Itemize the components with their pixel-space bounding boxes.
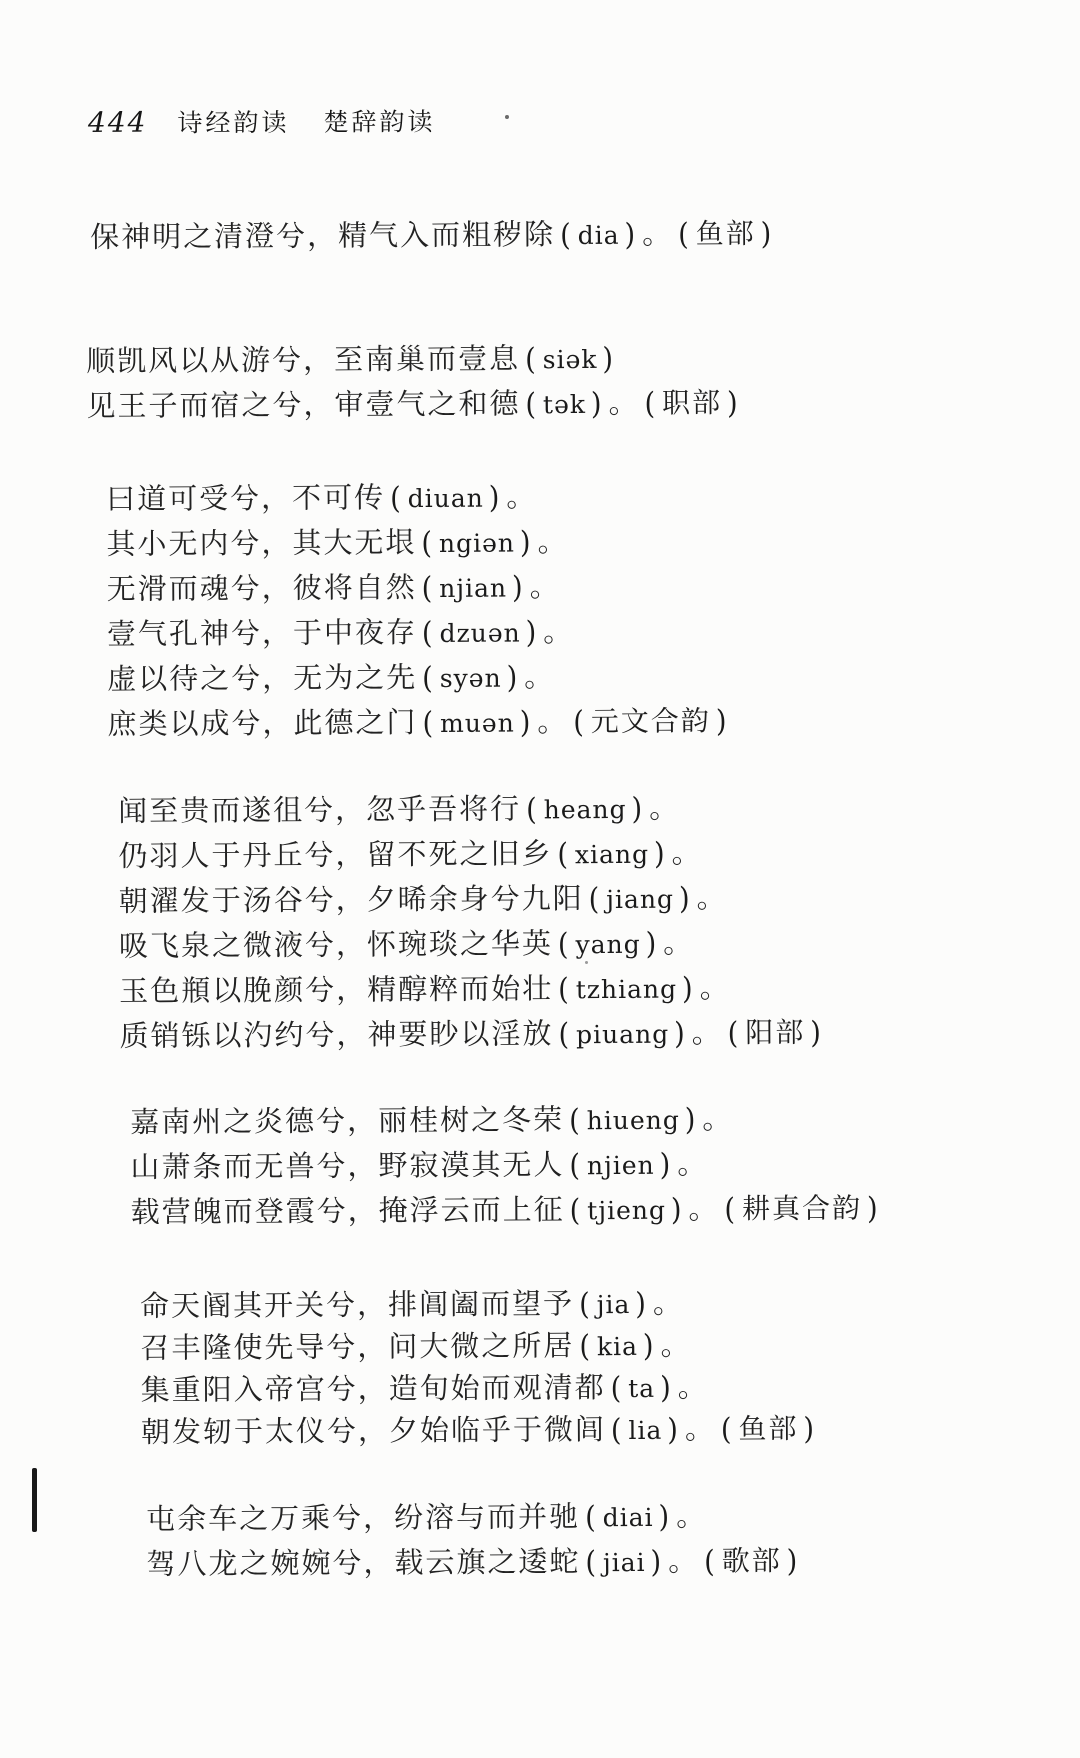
open-paren: ( bbox=[552, 830, 575, 881]
phonetic-notation: heang bbox=[544, 795, 627, 825]
verse-line: 见王子而宿之兮，审壹气之和德(tək)。(职部) bbox=[86, 381, 744, 430]
close-paren: ) bbox=[669, 1009, 692, 1060]
verse-line: 壹气孔神兮，于中夜存(dzuən)。 bbox=[107, 609, 733, 658]
verse-stanza: 保神明之清澄兮，精气入而粗秽除(dia)。(鱼部) bbox=[90, 212, 778, 261]
verse-line: 无滑而魂兮，彼将自然(njian)。 bbox=[107, 564, 733, 613]
open-paren: ( bbox=[584, 874, 607, 925]
period-mark: 。 bbox=[700, 972, 731, 1004]
close-paren: ) bbox=[805, 1008, 828, 1059]
scan-speck bbox=[505, 115, 509, 119]
phonetic-notation: diai bbox=[603, 1503, 654, 1532]
open-paren: ( bbox=[723, 1008, 746, 1059]
period-mark: 。 bbox=[677, 1148, 708, 1180]
period-mark: 。 bbox=[649, 793, 680, 825]
open-paren: ( bbox=[580, 1538, 603, 1589]
close-paren: ) bbox=[711, 696, 734, 747]
line-text: 庶类以成兮，此德之门 bbox=[107, 707, 417, 741]
verse-line: 保神明之清澄兮，精气入而粗秽除(dia)。(鱼部) bbox=[90, 212, 778, 261]
phonetic-notation: dzuən bbox=[439, 618, 520, 647]
open-paren: ( bbox=[417, 698, 440, 749]
verse-stanza: 屯余车之万乘兮，纷溶与而并驰(diai)。驾八龙之婉婉兮，载云旗之逶蛇(jiai… bbox=[146, 1494, 804, 1588]
verse-line: 山萧条而无兽兮，野寂漠其无人(njien)。 bbox=[130, 1141, 884, 1191]
line-text: 见王子而宿之兮，审壹气之和德 bbox=[86, 388, 520, 423]
open-paren: ( bbox=[568, 697, 591, 748]
rhyme-group-label: 鱼部 bbox=[738, 1414, 798, 1445]
verse-line: 集重阳入帝宫兮，造旬始而观清都(ta)。 bbox=[141, 1366, 821, 1412]
open-paren: ( bbox=[521, 785, 544, 836]
close-paren: ) bbox=[680, 1095, 703, 1146]
verse-line: 闻至贵而遂徂兮，忽乎吾将行(heang)。 bbox=[118, 786, 827, 835]
open-paren: ( bbox=[416, 518, 439, 569]
line-text: 保神明之清澄兮，精气入而粗秽除 bbox=[90, 219, 555, 254]
close-paren: ) bbox=[782, 1536, 805, 1587]
rhyme-group-label: 歌部 bbox=[722, 1546, 782, 1577]
open-paren: ( bbox=[606, 1366, 629, 1413]
line-text: 驾八龙之婉婉兮，载云旗之逶蛇 bbox=[146, 1546, 580, 1581]
open-paren: ( bbox=[716, 1407, 739, 1454]
phonetic-notation: dia bbox=[578, 221, 620, 250]
period-mark: 。 bbox=[692, 1017, 723, 1049]
line-text: 曰道可受兮，不可传 bbox=[106, 482, 385, 516]
close-paren: ) bbox=[756, 209, 779, 260]
line-text: 屯余车之万乘兮，纷溶与而并驰 bbox=[146, 1501, 580, 1536]
line-text: 质销铄以汋约兮，神要眇以淫放 bbox=[119, 1018, 553, 1053]
period-mark: 。 bbox=[678, 1372, 709, 1404]
close-paren: ) bbox=[666, 1185, 689, 1236]
phonetic-notation: tjieng bbox=[587, 1196, 666, 1225]
rhyme-group-label: 职部 bbox=[662, 388, 722, 419]
verse-line: 曰道可受兮，不可传(diuan)。 bbox=[106, 474, 732, 523]
close-paren: ) bbox=[515, 518, 538, 569]
period-mark: 。 bbox=[543, 616, 574, 648]
verse-area: 保神明之清澄兮，精气入而粗秽除(dia)。(鱼部)顺凯风以从游兮，至南巢而壹息(… bbox=[0, 0, 1080, 1758]
close-paren: ) bbox=[641, 919, 664, 970]
close-paren: ) bbox=[484, 473, 507, 524]
phonetic-notation: piuang bbox=[576, 1020, 669, 1050]
verse-stanza: 嘉南州之炎德兮，丽桂树之冬荣(hiueng)。山萧条而无兽兮，野寂漠其无人(nj… bbox=[130, 1096, 885, 1236]
verse-line: 吸飞泉之微液兮，怀琬琰之华英(yang)。 bbox=[119, 921, 828, 970]
period-mark: 。 bbox=[696, 882, 727, 914]
open-paren: ( bbox=[520, 335, 543, 386]
open-paren: ( bbox=[564, 1096, 587, 1147]
open-paren: ( bbox=[574, 1282, 597, 1329]
open-paren: ( bbox=[417, 653, 440, 704]
verse-line: 嘉南州之炎德兮，丽桂树之冬荣(hiueng)。 bbox=[130, 1096, 884, 1146]
verse-line: 庶类以成兮，此德之门(muən)。(元文合韵) bbox=[107, 699, 733, 748]
line-text: 嘉南州之炎德兮，丽桂树之冬荣 bbox=[130, 1104, 564, 1139]
line-text: 吸飞泉之微液兮，怀琬琰之华英 bbox=[119, 928, 553, 963]
verse-line: 虚以待之兮，无为之先(syən)。 bbox=[107, 654, 733, 703]
open-paren: ( bbox=[564, 1141, 587, 1192]
line-text: 虚以待之兮，无为之先 bbox=[107, 662, 417, 696]
line-text: 闻至贵而遂徂兮，忽乎吾将行 bbox=[118, 794, 521, 828]
rhyme-group-label: 阳部 bbox=[745, 1018, 805, 1049]
period-mark: 。 bbox=[676, 1501, 707, 1533]
open-paren: ( bbox=[574, 1324, 597, 1371]
close-paren: ) bbox=[649, 829, 672, 880]
verse-line: 顺凯风以从游兮，至南巢而壹息(siək) bbox=[86, 336, 744, 385]
verse-line: 朝发轫于太仪兮，夕始临乎于微闾(lia)。(鱼部) bbox=[141, 1408, 821, 1454]
period-mark: 。 bbox=[537, 526, 568, 558]
period-mark: 。 bbox=[642, 218, 673, 250]
line-text: 玉色頩以脕颜兮，精醇粹而始壮 bbox=[119, 973, 553, 1008]
phonetic-notation: jia bbox=[597, 1290, 631, 1319]
period-mark: 。 bbox=[685, 1413, 716, 1445]
open-paren: ( bbox=[553, 1010, 576, 1061]
phonetic-notation: ta bbox=[628, 1374, 655, 1403]
period-mark: 。 bbox=[608, 388, 639, 420]
phonetic-notation: njien bbox=[587, 1151, 655, 1180]
line-text: 集重阳入帝宫兮，造旬始而观清都 bbox=[141, 1372, 606, 1407]
line-text: 山萧条而无兽兮，野寂漠其无人 bbox=[130, 1149, 564, 1184]
rhyme-group-label: 鱼部 bbox=[696, 219, 756, 250]
open-paren: ( bbox=[639, 379, 662, 430]
line-text: 朝发轫于太仪兮，夕始临乎于微闾 bbox=[141, 1414, 606, 1449]
open-paren: ( bbox=[417, 608, 440, 659]
verse-line: 玉色頩以脕颜兮，精醇粹而始壮(tzhiang)。 bbox=[119, 966, 828, 1015]
line-text: 无滑而魂兮，彼将自然 bbox=[107, 572, 417, 606]
close-paren: ) bbox=[507, 563, 530, 614]
open-paren: ( bbox=[699, 1537, 722, 1588]
close-paren: ) bbox=[619, 210, 642, 261]
phonetic-notation: muən bbox=[440, 709, 515, 738]
phonetic-notation: tzhiang bbox=[576, 975, 678, 1005]
period-mark: 。 bbox=[537, 706, 568, 738]
close-paren: ) bbox=[586, 379, 609, 430]
phonetic-notation: xiang bbox=[575, 840, 649, 869]
close-paren: ) bbox=[722, 378, 745, 429]
close-paren: ) bbox=[501, 653, 524, 704]
verse-stanza: 顺凯风以从游兮，至南巢而壹息(siək)见王子而宿之兮，审壹气之和德(tək)。… bbox=[86, 336, 745, 430]
close-paren: ) bbox=[862, 1184, 885, 1235]
close-paren: ) bbox=[515, 698, 538, 749]
open-paren: ( bbox=[580, 1493, 603, 1544]
line-text: 其小无内兮，其大无垠 bbox=[106, 527, 416, 561]
period-mark: 。 bbox=[688, 1193, 719, 1225]
rhyme-group-label: 耕真合韵 bbox=[742, 1194, 862, 1226]
close-paren: ) bbox=[674, 874, 697, 925]
verse-line: 屯余车之万乘兮，纷溶与而并驰(diai)。 bbox=[146, 1494, 804, 1543]
phonetic-notation: siək bbox=[543, 345, 598, 374]
line-text: 载营魄而登霞兮，掩浮云而上征 bbox=[131, 1194, 565, 1229]
close-paren: ) bbox=[638, 1323, 661, 1370]
verse-line: 命天阍其开关兮，排阊阖而望予(jia)。 bbox=[140, 1282, 820, 1328]
open-paren: ( bbox=[565, 1186, 588, 1237]
verse-line: 载营魄而登霞兮，掩浮云而上征(tjieng)。(耕真合韵) bbox=[131, 1186, 885, 1236]
phonetic-notation: syən bbox=[440, 664, 502, 693]
verse-line: 朝濯发于汤谷兮，夕晞余身兮九阳(jiang)。 bbox=[119, 876, 828, 925]
period-mark: 。 bbox=[530, 571, 561, 603]
line-text: 顺凯风以从游兮，至南巢而壹息 bbox=[86, 343, 520, 378]
close-paren: ) bbox=[645, 1537, 668, 1588]
close-paren: ) bbox=[630, 1281, 653, 1328]
open-paren: ( bbox=[385, 473, 408, 524]
verse-line: 其小无内兮，其大无垠(ngiən)。 bbox=[106, 519, 732, 568]
close-paren: ) bbox=[655, 1140, 678, 1191]
period-mark: 。 bbox=[660, 1330, 691, 1362]
close-paren: ) bbox=[597, 334, 620, 385]
phonetic-notation: kia bbox=[597, 1332, 638, 1361]
verse-stanza: 命天阍其开关兮，排阊阖而望予(jia)。召丰隆使先导兮，问大微之所居(kia)。… bbox=[140, 1282, 821, 1454]
close-paren: ) bbox=[655, 1365, 678, 1412]
period-mark: 。 bbox=[702, 1103, 733, 1135]
open-paren: ( bbox=[606, 1407, 629, 1454]
open-paren: ( bbox=[673, 210, 696, 261]
rhyme-group-label: 元文合韵 bbox=[591, 706, 711, 738]
open-paren: ( bbox=[553, 920, 576, 971]
verse-line: 质销铄以汋约兮，神要眇以淫放(piuang)。(阳部) bbox=[119, 1011, 828, 1060]
phonetic-notation: jiai bbox=[603, 1548, 646, 1577]
open-paren: ( bbox=[719, 1185, 742, 1236]
period-mark: 。 bbox=[524, 661, 555, 693]
verse-stanza: 闻至贵而遂徂兮，忽乎吾将行(heang)。仍羽人于丹丘兮，留不死之旧乡(xian… bbox=[118, 786, 828, 1060]
period-mark: 。 bbox=[653, 1288, 684, 1320]
phonetic-notation: hiueng bbox=[587, 1106, 680, 1136]
close-paren: ) bbox=[626, 784, 649, 835]
close-paren: ) bbox=[653, 1492, 676, 1543]
phonetic-notation: lia bbox=[628, 1416, 662, 1445]
open-paren: ( bbox=[553, 965, 576, 1016]
phonetic-notation: jiang bbox=[606, 885, 674, 914]
phonetic-notation: diuan bbox=[408, 484, 484, 513]
verse-line: 仍羽人于丹丘兮，留不死之旧乡(xiang)。 bbox=[118, 831, 827, 880]
line-text: 朝濯发于汤谷兮，夕晞余身兮九阳 bbox=[119, 883, 584, 918]
close-paren: ) bbox=[677, 964, 700, 1015]
line-text: 命天阍其开关兮，排阊阖而望予 bbox=[140, 1288, 574, 1323]
scan-artifact-bar bbox=[32, 1468, 37, 1532]
line-text: 壹气孔神兮，于中夜存 bbox=[107, 617, 417, 651]
phonetic-notation: yang bbox=[575, 930, 640, 959]
open-paren: ( bbox=[520, 380, 543, 431]
period-mark: 。 bbox=[663, 927, 694, 959]
phonetic-notation: njian bbox=[439, 574, 507, 603]
phonetic-notation: ngiən bbox=[439, 529, 515, 558]
verse-line: 召丰隆使先导兮，问大微之所居(kia)。 bbox=[140, 1324, 820, 1370]
line-text: 召丰隆使先导兮，问大微之所居 bbox=[140, 1330, 574, 1365]
line-text: 仍羽人于丹丘兮，留不死之旧乡 bbox=[118, 838, 552, 873]
period-mark: 。 bbox=[672, 837, 703, 869]
verse-line: 驾八龙之婉婉兮，载云旗之逶蛇(jiai)。(歌部) bbox=[146, 1539, 804, 1588]
open-paren: ( bbox=[417, 563, 440, 614]
verse-stanza: 曰道可受兮，不可传(diuan)。其小无内兮，其大无垠(ngiən)。无滑而魂兮… bbox=[106, 474, 734, 748]
close-paren: ) bbox=[521, 608, 544, 659]
close-paren: ) bbox=[662, 1407, 685, 1454]
phonetic-notation: tək bbox=[543, 390, 586, 419]
close-paren: ) bbox=[798, 1406, 821, 1453]
period-mark: 。 bbox=[668, 1546, 699, 1578]
open-paren: ( bbox=[555, 210, 578, 261]
scan-speck bbox=[585, 961, 588, 964]
period-mark: 。 bbox=[506, 481, 537, 513]
